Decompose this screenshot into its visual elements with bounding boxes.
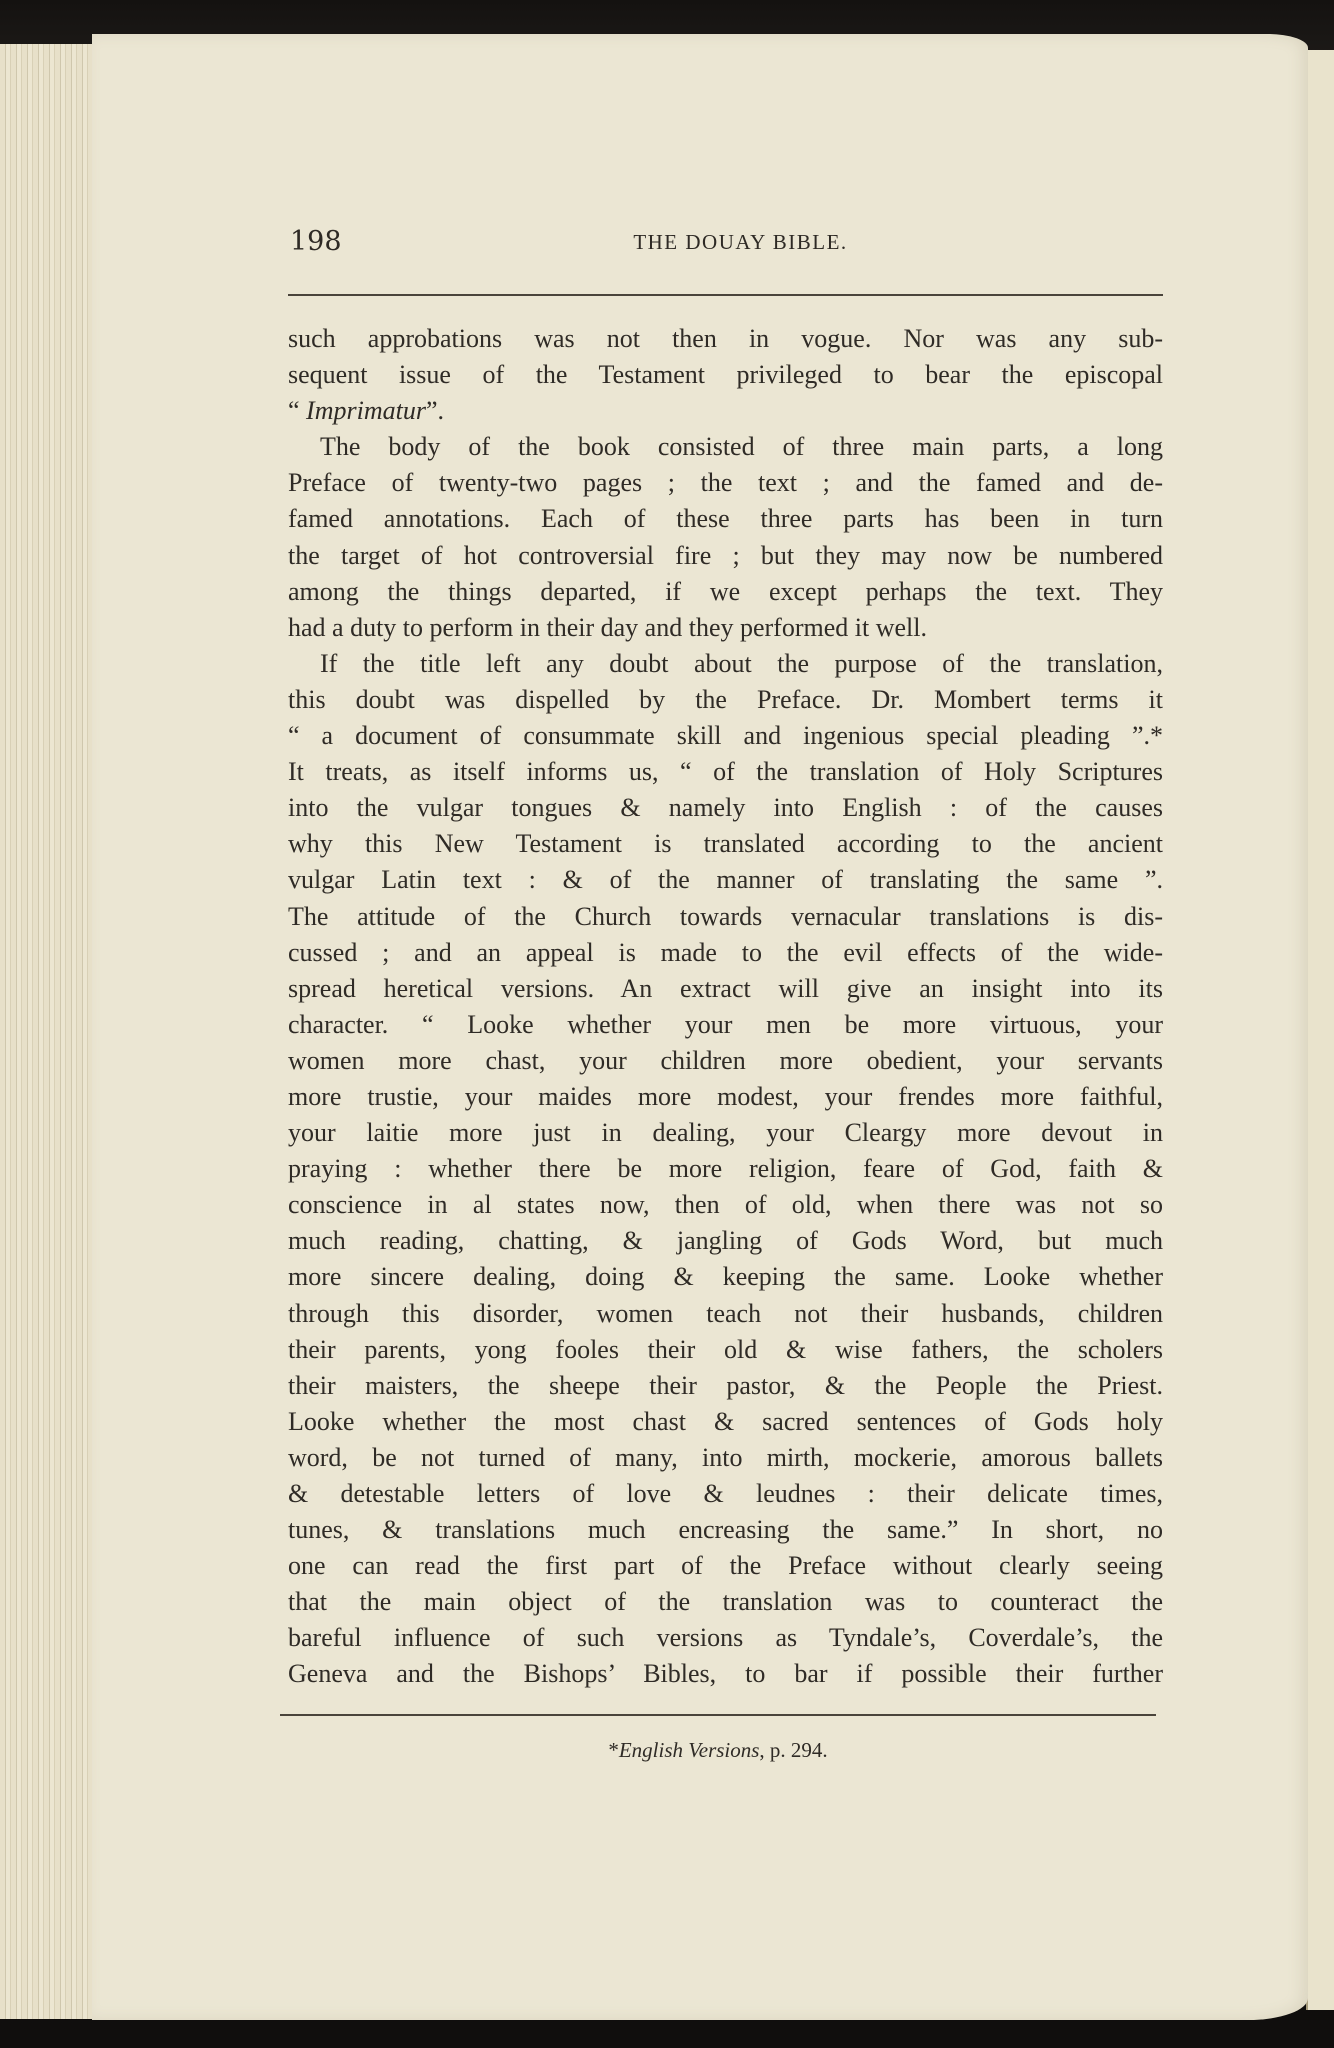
text-line: your laitie more just in dealing, your C… [288,1115,1163,1151]
dark-background-bottom [0,2020,1334,2048]
text-line: praying : whether there be more religion… [288,1151,1163,1187]
text-line: Preface of twenty-two pages ; the text ;… [288,465,1163,501]
text-line: & detestable letters of love & leudnes :… [288,1476,1163,1512]
text-line: had a duty to perform in their day and t… [288,610,1163,646]
text-line: their parents, yong fooles their old & w… [288,1332,1163,1368]
text-line-prefix: “ [288,396,306,425]
running-title: THE DOUAY BIBLE. [288,230,1163,255]
text-line: conscience in al states now, then of old… [288,1187,1163,1223]
text-line: among the things departed, if we except … [288,574,1163,610]
text-line: Looke whether the most chast & sacred se… [288,1404,1163,1440]
text-line: Geneva and the Bishops’ Bibles, to bar i… [288,1656,1163,1692]
text-line: tunes, & translations much encreasing th… [288,1512,1163,1548]
footnote-rule [280,1714,1156,1716]
text-line: their maisters, the sheepe their pastor,… [288,1368,1163,1404]
text-line: cussed ; and an appeal is made to the ev… [288,935,1163,971]
footnote-marker: * [608,1738,619,1762]
text-line: word, be not turned of many, into mirth,… [288,1440,1163,1476]
text-line: The attitude of the Church towards verna… [288,899,1163,935]
text-line: “ Imprimatur”. [288,393,1163,429]
text-line: one can read the first part of the Prefa… [288,1548,1163,1584]
text-line: It treats, as itself informs us, “ of th… [288,754,1163,790]
footnote: *English Versions, p. 294. [280,1738,1156,1763]
text-line: If the title left any doubt about the pu… [288,646,1163,682]
footnote-source: English Versions [619,1738,760,1762]
text-line: The body of the book consisted of three … [288,429,1163,465]
text-line: much reading, chatting, & jangling of Go… [288,1223,1163,1259]
text-line: famed annotations. Each of these three p… [288,501,1163,537]
text-line: sequent issue of the Testament privilege… [288,357,1163,393]
text-line: through this disorder, women teach not t… [288,1296,1163,1332]
text-line: bareful influence of such versions as Ty… [288,1620,1163,1656]
text-line: why this New Testament is translated acc… [288,826,1163,862]
text-line: the target of hot controversial fire ; b… [288,538,1163,574]
text-line: more sincere dealing, doing & keeping th… [288,1259,1163,1295]
header-rule [288,294,1163,296]
italic-term: Imprimatur [306,396,426,425]
page-edges-stack [0,44,100,2019]
footnote-page-ref: , p. 294. [759,1738,827,1762]
text-line: this doubt was dispelled by the Preface.… [288,682,1163,718]
facing-page-edge [1306,50,1334,2010]
text-line: women more chast, your children more obe… [288,1043,1163,1079]
text-line: that the main object of the translation … [288,1584,1163,1620]
text-line: character. “ Looke whether your men be m… [288,1007,1163,1043]
text-line: “ a document of consummate skill and ing… [288,718,1163,754]
text-line: more trustie, your maides more modest, y… [288,1079,1163,1115]
text-line: spread heretical versions. An extract wi… [288,971,1163,1007]
text-line: vulgar Latin text : & of the manner of t… [288,862,1163,898]
text-line-suffix: ”. [426,396,444,425]
text-line: into the vulgar tongues & namely into En… [288,790,1163,826]
running-head: 198 THE DOUAY BIBLE. [288,226,1163,262]
body-text: such approbations was not then in vogue.… [288,321,1163,1693]
text-line: such approbations was not then in vogue.… [288,321,1163,357]
